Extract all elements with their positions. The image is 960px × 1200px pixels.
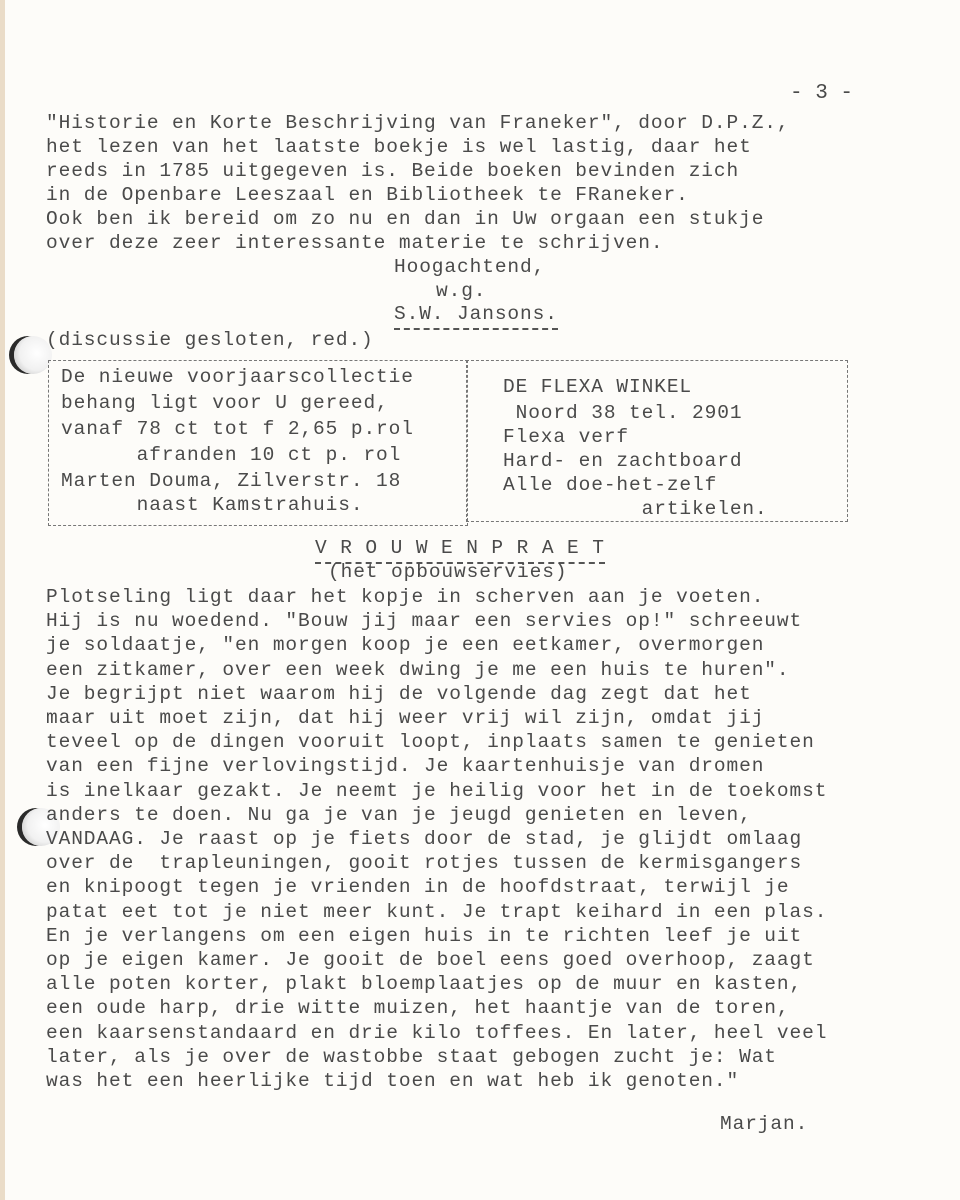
letter-line: reeds in 1785 uitgegeven is. Beide boeke… — [46, 159, 739, 183]
ad-line: Marten Douma, Zilverstr. 18 — [61, 469, 401, 493]
article-author: Marjan. — [720, 1112, 808, 1136]
letter-line: in de Openbare Leeszaal en Bibliotheek t… — [46, 183, 689, 207]
article-line: van een fijne verlovingstijd. Je kaarten… — [46, 754, 764, 778]
article-line: een zitkamer, over een week dwing je me … — [46, 658, 790, 682]
article-line: patat eet tot je niet meer kunt. Je trap… — [46, 900, 827, 924]
letter-wg: w.g. — [436, 279, 486, 303]
article-line: Je begrijpt niet waarom hij de volgende … — [46, 682, 752, 706]
ad-behang: De nieuwe voorjaarscollectie behang ligt… — [48, 360, 468, 526]
article-line: teveel op de dingen vooruit loopt, inpla… — [46, 730, 815, 754]
ad-line: naast Kamstrahuis. — [61, 493, 363, 517]
article-line: maar uit moet zijn, dat hij weer vrij wi… — [46, 706, 764, 730]
letter-closing: Hoogachtend, — [394, 255, 545, 279]
letter-line: over deze zeer interessante materie te s… — [46, 231, 664, 255]
ad-line: afranden 10 ct p. rol — [61, 443, 401, 467]
article-line: VANDAAG. Je raast op je fiets door de st… — [46, 827, 802, 851]
article-subtitle: (het opbouwservies) — [328, 560, 567, 584]
ad-flexa: DE FLEXA WINKEL Noord 38 tel. 2901 Flexa… — [466, 360, 848, 522]
article-line: en knipoogt tegen je vrienden in de hoof… — [46, 875, 790, 899]
ad-line: vanaf 78 ct tot f 2,65 p.rol — [61, 417, 414, 441]
ad-line: Flexa verf — [503, 425, 629, 449]
article-line: Hij is nu woedend. "Bouw jij maar een se… — [46, 609, 802, 633]
article-line: anders te doen. Nu ga je van je jeugd ge… — [46, 803, 752, 827]
ad-line: artikelen. — [503, 497, 768, 521]
article-line: op je eigen kamer. Je gooit de boel eens… — [46, 948, 815, 972]
article-line: is inelkaar gezakt. Je neemt je heilig v… — [46, 779, 827, 803]
page-edge — [0, 0, 5, 1200]
ad-line: Noord 38 tel. 2901 — [503, 401, 742, 425]
page-number: - 3 - — [790, 82, 853, 105]
article-line: een oude harp, drie witte muizen, het ha… — [46, 996, 790, 1020]
article-line: En je verlangens om een eigen huis in te… — [46, 924, 802, 948]
ad-line: DE FLEXA WINKEL — [503, 375, 692, 399]
ad-line: Alle doe-het-zelf — [503, 473, 717, 497]
ad-line: behang ligt voor U gereed, — [61, 391, 389, 415]
article-line: een kaarsenstandaard en drie kilo toffee… — [46, 1021, 827, 1045]
letter-line: het lezen van het laatste boekje is wel … — [46, 135, 752, 159]
article-line: Plotseling ligt daar het kopje in scherv… — [46, 585, 764, 609]
article-line: over de trapleuningen, gooit rotjes tuss… — [46, 851, 802, 875]
article-line: later, als je over de wastobbe staat geb… — [46, 1045, 777, 1069]
ad-line: De nieuwe voorjaarscollectie — [61, 365, 414, 389]
letter-signature: S.W. Jansons. — [394, 302, 558, 330]
article-line: alle poten korter, plakt bloemplaatjes o… — [46, 972, 802, 996]
letter-line: "Historie en Korte Beschrijving van Fran… — [46, 111, 790, 135]
ad-line: Hard- en zachtboard — [503, 449, 742, 473]
editor-note: (discussie gesloten, red.) — [46, 328, 374, 352]
article-line: was het een heerlijke tijd toen en wat h… — [46, 1069, 739, 1093]
letter-line: Ook ben ik bereid om zo nu en dan in Uw … — [46, 207, 764, 231]
article-line: je soldaatje, "en morgen koop je een eet… — [46, 633, 764, 657]
